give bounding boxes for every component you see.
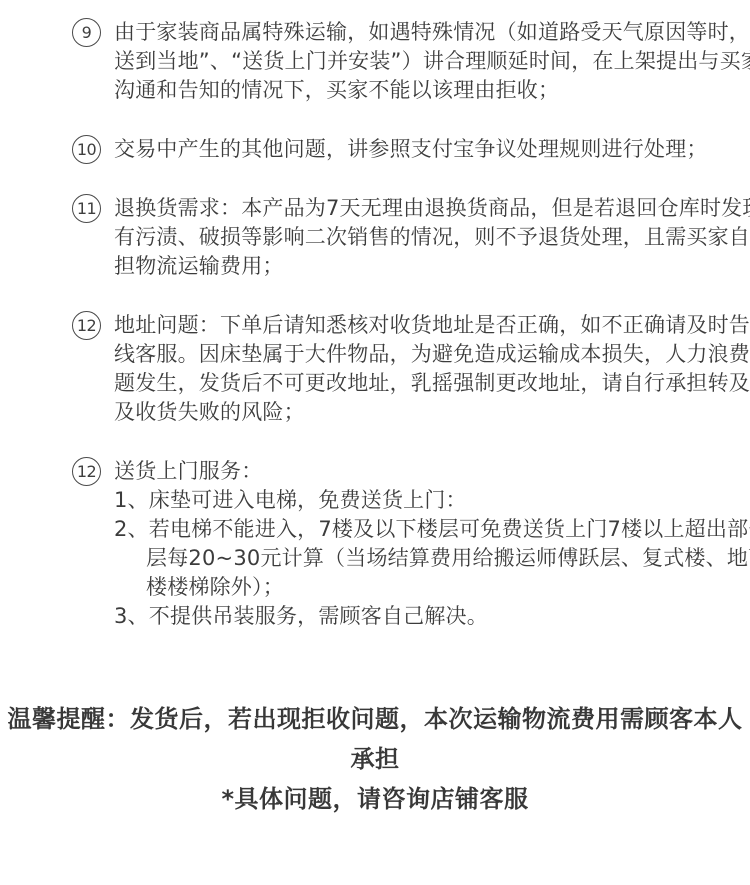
term-item-9: 9 由于家装商品属特殊运输，如遇特殊情况（如道路受天气原因等时，服务“ 送到当地… (72, 18, 700, 105)
item-text: 由于家装商品属特殊运输，如遇特殊情况（如道路受天气原因等时，服务“ 送到当地”、… (114, 18, 750, 105)
item-text-line: 送到当地”、“送货上门并安装”）讲合理顺延时间，在上架提出与买家 (114, 47, 750, 76)
item-number-badge: 12 (72, 311, 101, 340)
item-number-badge: 10 (72, 135, 101, 164)
item-text-line: 及收货失败的风险； (114, 398, 750, 427)
term-item-10: 10 交易中产生的其他问题，讲参照支付宝争议处理规则进行处理； (72, 135, 700, 164)
delivery-subitem-line: 2、若电梯不能进入，7楼及以下楼层可免费送货上门7楼以上超出部分按每 (114, 515, 750, 544)
term-item-12-address: 12 地址问题：下单后请知悉核对收货地址是否正确，如不正确请及时告知在 线客服。… (72, 311, 700, 427)
term-item-11: 11 退换货需求：本产品为7天无理由退换货商品，但是若退回仓库时发现产品 有污渍… (72, 194, 700, 281)
item-text: 交易中产生的其他问题，讲参照支付宝争议处理规则进行处理； (114, 135, 708, 164)
item-number-badge: 11 (72, 194, 101, 223)
item-text: 退换货需求：本产品为7天无理由退换货商品，但是若退回仓库时发现产品 有污渍、破损… (114, 194, 750, 281)
item-number-badge: 12 (72, 457, 101, 486)
item-text: 送货上门服务： 1、床垫可进入电梯，免费送货上门： 2、若电梯不能进入，7楼及以… (114, 457, 750, 631)
terms-section: 9 由于家装商品属特殊运输，如遇特殊情况（如道路受天气原因等时，服务“ 送到当地… (0, 0, 750, 631)
item-text: 地址问题：下单后请知悉核对收货地址是否正确，如不正确请及时告知在 线客服。因床垫… (114, 311, 750, 427)
delivery-heading: 送货上门服务： (114, 457, 750, 486)
delivery-subitem-line: 层每20~30元计算（当场结算费用给搬运师傅跃层、复式楼、地下室阁 (114, 544, 750, 573)
reminder-line-1: 温馨提醒：发货后，若出现拒收问题，本次运输物流费用需顾客本人承担 (0, 699, 750, 779)
item-text-line: 地址问题：下单后请知悉核对收货地址是否正确，如不正确请及时告知在 (114, 311, 750, 340)
delivery-subitem-line: 3、不提供吊装服务，需顾客自己解决。 (114, 602, 750, 631)
delivery-subitem-line: 1、床垫可进入电梯，免费送货上门： (114, 486, 750, 515)
item-number-badge: 9 (72, 18, 101, 47)
item-text-line: 担物流运输费用； (114, 252, 750, 281)
item-text-line: 有污渍、破损等影响二次销售的情况，则不予退货处理，且需买家自行承 (114, 223, 750, 252)
item-text-line: 沟通和告知的情况下，买家不能以该理由拒收； (114, 76, 750, 105)
reminder-line-2: *具体问题，请咨询店铺客服 (0, 779, 750, 819)
item-text-line: 题发生，发货后不可更改地址，乳摇强制更改地址，请自行承担转及费用 (114, 369, 750, 398)
item-text-line: 由于家装商品属特殊运输，如遇特殊情况（如道路受天气原因等时，服务“ (114, 18, 750, 47)
reminder-note: 温馨提醒：发货后，若出现拒收问题，本次运输物流费用需顾客本人承担 *具体问题，请… (0, 699, 750, 819)
delivery-subitem-line: 楼楼梯除外）； (114, 573, 750, 602)
item-text-line: 交易中产生的其他问题，讲参照支付宝争议处理规则进行处理； (114, 135, 708, 164)
item-text-line: 退换货需求：本产品为7天无理由退换货商品，但是若退回仓库时发现产品 (114, 194, 750, 223)
term-item-12-delivery: 12 送货上门服务： 1、床垫可进入电梯，免费送货上门： 2、若电梯不能进入，7… (72, 457, 700, 631)
item-text-line: 线客服。因床垫属于大件物品，为避免造成运输成本损失，人力浪费等问 (114, 340, 750, 369)
